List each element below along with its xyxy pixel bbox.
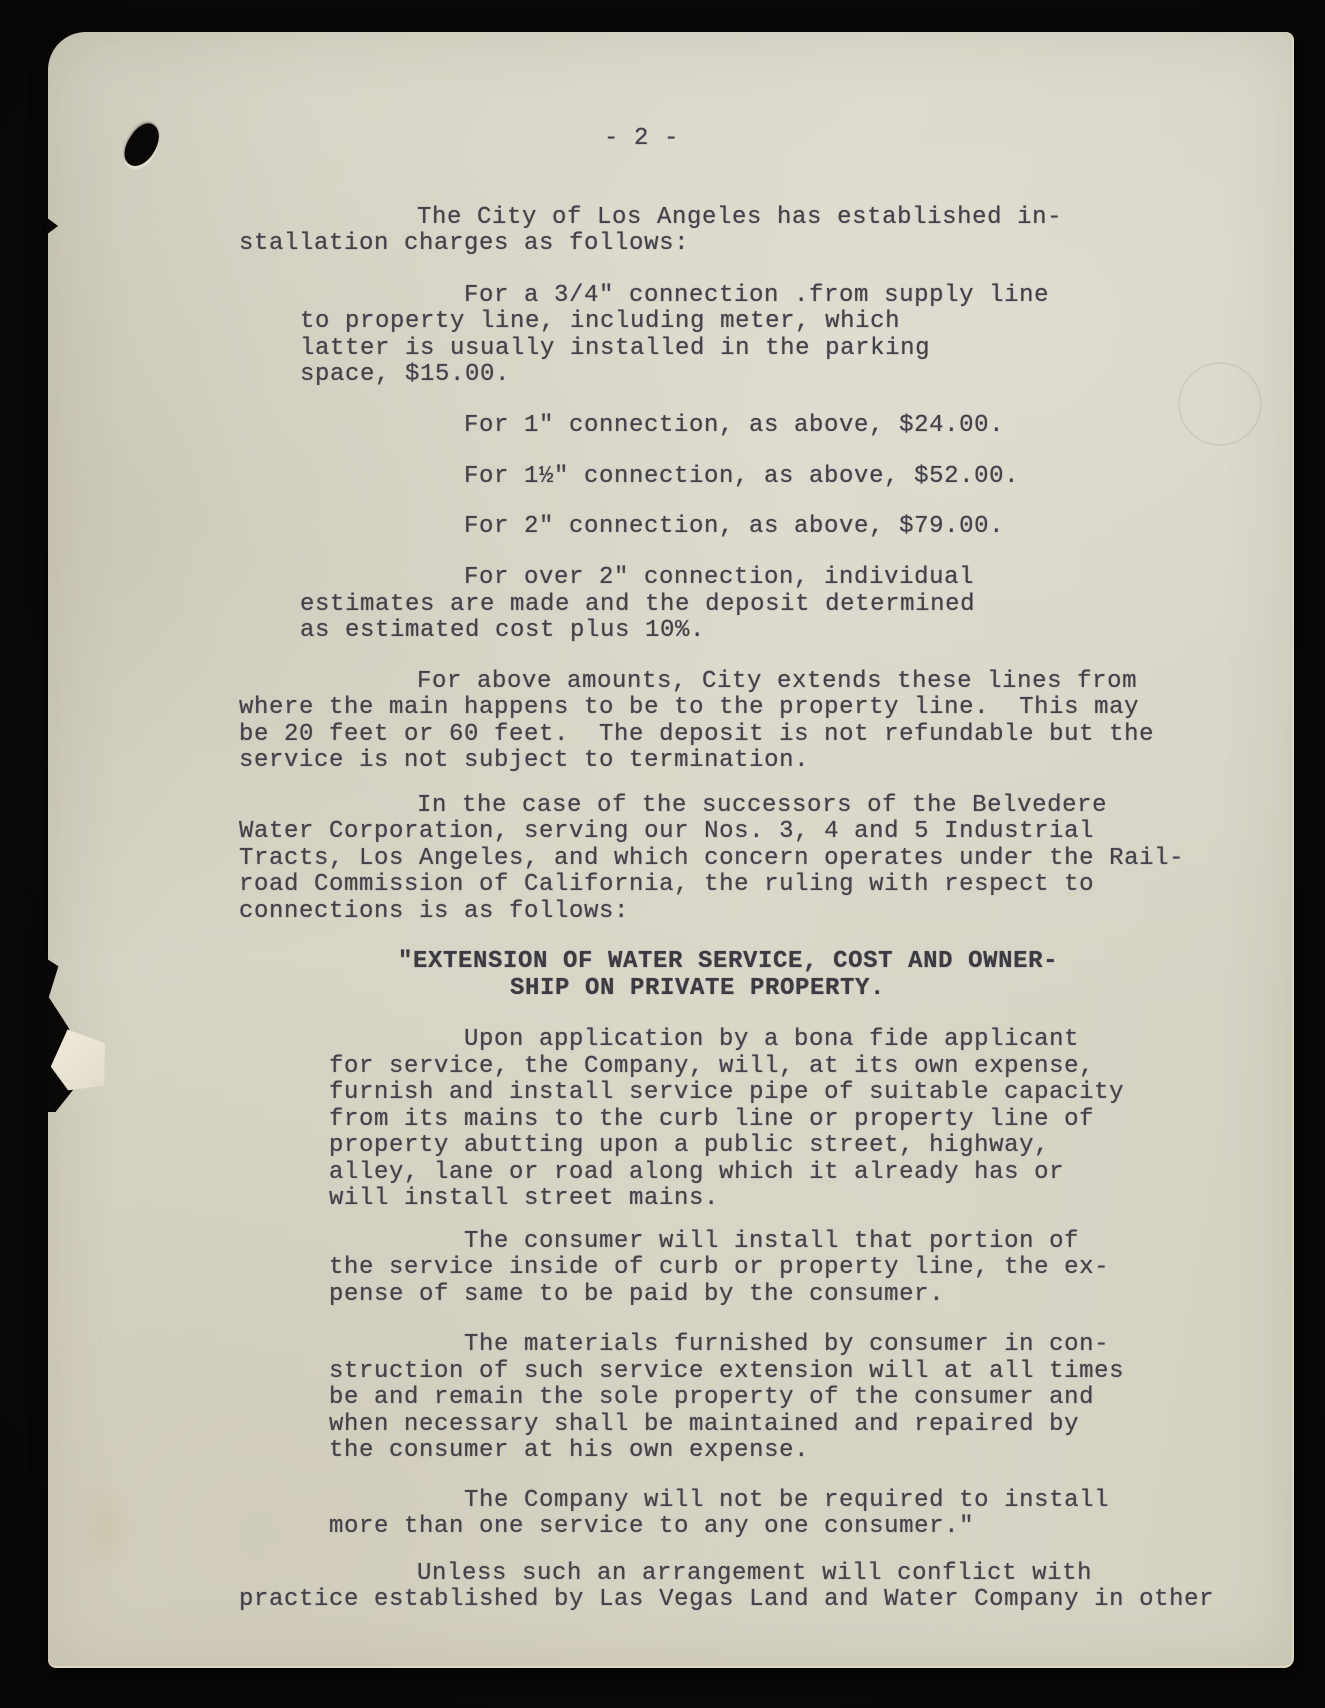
- text-line: for service, the Company, will, at its o…: [329, 1054, 1284, 1081]
- text-line: In the case of the successors of the Bel…: [239, 793, 1284, 820]
- text-line: The Company will not be required to inst…: [329, 1488, 1284, 1515]
- charge-item-over-two-inch: For over 2" connection, individualestima…: [300, 565, 1284, 645]
- text-line: SHIP ON PRIVATE PROPERTY.: [239, 976, 1284, 1003]
- text-line: be and remain the sole property of the c…: [329, 1385, 1284, 1412]
- text-line: The materials furnished by consumer in c…: [329, 1332, 1284, 1359]
- text-line: alley, lane or road along which it alrea…: [329, 1160, 1284, 1187]
- text-line: struction of such service extension will…: [329, 1359, 1284, 1386]
- text-line: The consumer will install that portion o…: [329, 1229, 1284, 1256]
- text-line: road Commission of California, the rulin…: [239, 872, 1284, 899]
- paragraph-installation-charges: The City of Los Angeles has established …: [239, 205, 1284, 258]
- charge-item-one-and-half-inch: For 1½" connection, as above, $52.00.: [300, 464, 1284, 491]
- text-line: where the main happens to be to the prop…: [239, 695, 1284, 722]
- text-line: "EXTENSION OF WATER SERVICE, COST AND OW…: [239, 949, 1284, 976]
- paper-sheet: - 2 -The City of Los Angeles has establi…: [48, 32, 1294, 1668]
- text-line: For above amounts, City extends these li…: [239, 669, 1284, 696]
- page-number: - 2 -: [239, 126, 1284, 153]
- charge-item-two-inch: For 2" connection, as above, $79.00.: [300, 514, 1284, 541]
- text-line: the service inside of curb or property l…: [329, 1255, 1284, 1282]
- text-line: space, $15.00.: [300, 362, 1284, 389]
- text-line: For over 2" connection, individual: [300, 565, 1284, 592]
- paragraph-belvedere-water: In the case of the successors of the Bel…: [239, 793, 1284, 926]
- text-line: furnish and install service pipe of suit…: [329, 1080, 1284, 1107]
- quote-paragraph-upon-application: Upon application by a bona fide applican…: [329, 1027, 1284, 1213]
- punch-hole: [118, 118, 167, 172]
- text-line: more than one service to any one consume…: [329, 1514, 1284, 1541]
- text-line: For 1½" connection, as above, $52.00.: [300, 464, 1284, 491]
- text-line: For a 3/4" connection .from supply line: [300, 283, 1284, 310]
- text-line: For 1" connection, as above, $24.00.: [300, 413, 1284, 440]
- text-line: from its mains to the curb line or prope…: [329, 1107, 1284, 1134]
- text-line: the consumer at his own expense.: [329, 1438, 1284, 1465]
- text-line: Unless such an arrangement will conflict…: [239, 1561, 1284, 1588]
- text-line: when necessary shall be maintained and r…: [329, 1412, 1284, 1439]
- text-line: as estimated cost plus 10%.: [300, 618, 1284, 645]
- charge-item-three-quarter-inch: For a 3/4" connection .from supply linet…: [300, 283, 1284, 389]
- text-line: stallation charges as follows:: [239, 231, 1284, 258]
- edge-nick: [46, 217, 58, 235]
- text-line: For 2" connection, as above, $79.00.: [300, 514, 1284, 541]
- text-line: will install street mains.: [329, 1186, 1284, 1213]
- text-line: Water Corporation, serving our Nos. 3, 4…: [239, 819, 1284, 846]
- text-line: service is not subject to termination.: [239, 748, 1284, 775]
- text-line: estimates are made and the deposit deter…: [300, 592, 1284, 619]
- text-line: The City of Los Angeles has established …: [239, 205, 1284, 232]
- quote-paragraph-consumer-install: The consumer will install that portion o…: [329, 1229, 1284, 1309]
- document-text: - 2 -The City of Los Angeles has establi…: [239, 126, 1284, 1614]
- text-line: practice established by Las Vegas Land a…: [239, 1587, 1284, 1614]
- paper-stain: [58, 1452, 153, 1602]
- paragraph-city-extends-lines: For above amounts, City extends these li…: [239, 669, 1284, 775]
- quote-heading-extension-of-water-service: "EXTENSION OF WATER SERVICE, COST AND OW…: [239, 949, 1284, 1002]
- text-line: latter is usually installed in the parki…: [300, 336, 1284, 363]
- charge-item-one-inch: For 1" connection, as above, $24.00.: [300, 413, 1284, 440]
- text-line: pense of same to be paid by the consumer…: [329, 1282, 1284, 1309]
- text-line: property abutting upon a public street, …: [329, 1133, 1284, 1160]
- text-line: Tracts, Los Angeles, and which concern o…: [239, 846, 1284, 873]
- paragraph-unless-arrangement: Unless such an arrangement will conflict…: [239, 1561, 1284, 1614]
- text-line: be 20 feet or 60 feet. The deposit is no…: [239, 722, 1284, 749]
- quote-paragraph-materials: The materials furnished by consumer in c…: [329, 1332, 1284, 1465]
- text-line: - 2 -: [239, 126, 1284, 153]
- quote-paragraph-one-service: The Company will not be required to inst…: [329, 1488, 1284, 1541]
- text-line: connections is as follows:: [239, 899, 1284, 926]
- text-line: to property line, including meter, which: [300, 309, 1284, 336]
- text-line: Upon application by a bona fide applican…: [329, 1027, 1284, 1054]
